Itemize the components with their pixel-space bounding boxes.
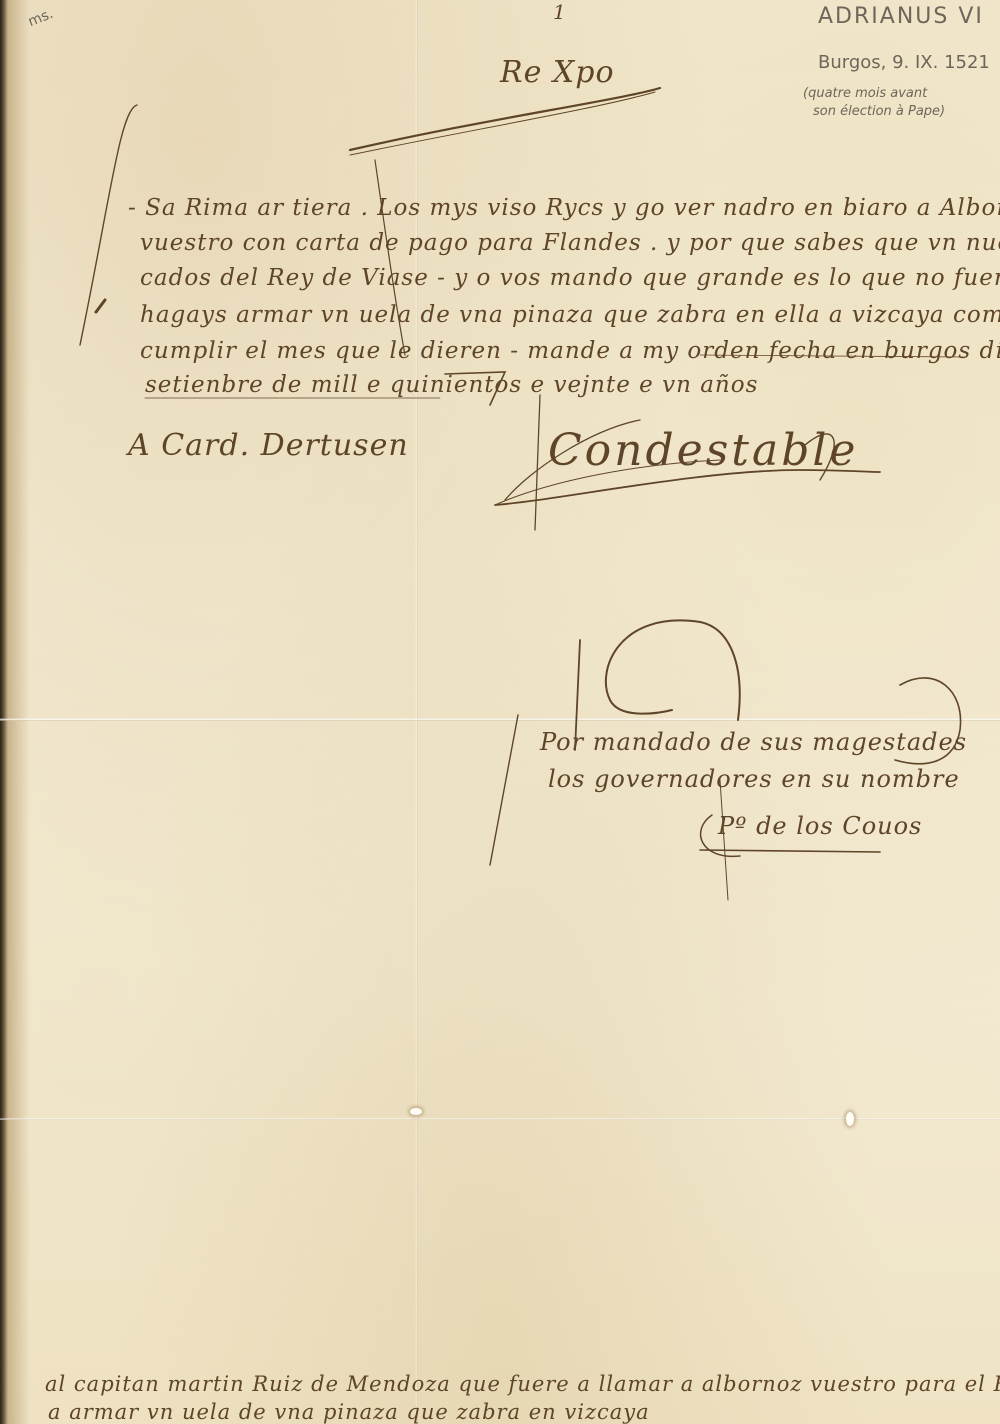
authority-line-1: Por mandado de sus magestades: [540, 728, 967, 756]
annotation-author-name: ADRIANUS VI: [818, 4, 984, 29]
worm-hole: [846, 1112, 854, 1126]
authority-line-2: los governadores en su nombre: [548, 765, 960, 793]
letter-heading: Re Xpo: [500, 55, 615, 90]
annotation-note-line-1: (quatre mois avant: [803, 86, 927, 101]
horizontal-fold-line: [0, 718, 1000, 721]
edge-stamp: Ed. Roggo: [0, 1360, 2, 1423]
body-line-6: setienbre de mill e quinientos e vejnte …: [145, 372, 758, 398]
page-number-mark: 1: [553, 0, 567, 24]
body-line-4: hagays armar vn uela de vna pinaza que z…: [140, 302, 1000, 328]
body-line-3: cados del Rey de Viase - y o vos mando q…: [140, 265, 1000, 291]
addressee: A Card. Dertusen: [128, 428, 409, 463]
secretary-signature: Pº de los Couos: [718, 812, 922, 840]
main-signature: Condestable: [548, 425, 858, 476]
bottom-note-line-2: a armar vn uela de vna pinaza que zabra …: [48, 1400, 650, 1424]
binding-edge-shadow: [0, 0, 30, 1424]
body-line-1: - Sa Rima ar tiera . Los mys viso Rycs y…: [128, 195, 1000, 221]
worm-hole: [410, 1108, 422, 1115]
body-line-5: cumplir el mes que le dieren - mande a m…: [140, 338, 1000, 364]
annotation-note-line-2: son élection à Pape): [813, 104, 945, 119]
annotation-place-date: Burgos, 9. IX. 1521: [818, 52, 990, 73]
bottom-note-line-1: al capitan martin Ruiz de Mendoza que fu…: [45, 1372, 1000, 1396]
body-line-2: vuestro con carta de pago para Flandes .…: [140, 230, 1000, 256]
